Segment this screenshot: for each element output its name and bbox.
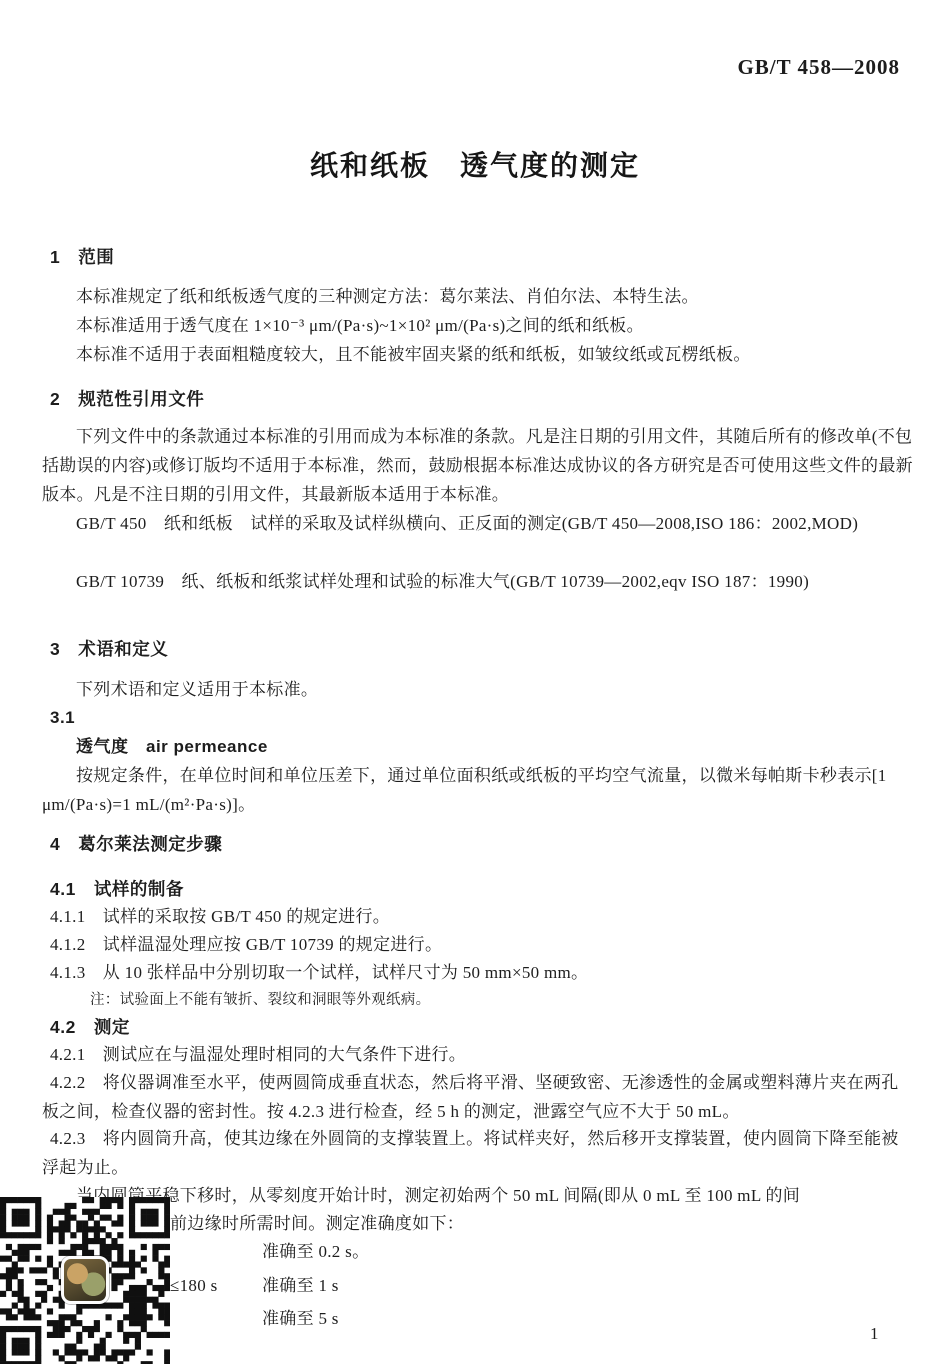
qr-code-icon — [0, 1197, 170, 1364]
clause-4-1-2: 4.1.2 试样温湿处理应按 GB/T 10739 的规定进行。 — [50, 930, 912, 959]
page-number: 1 — [870, 1324, 879, 1344]
clause-4-1-1: 4.1.1 试样的采取按 GB/T 450 的规定进行。 — [50, 902, 912, 931]
clause-4-1-heading: 4.1 试样的制备 — [50, 875, 184, 904]
terms-intro: 下列术语和定义适用于本标准。 — [42, 675, 914, 704]
clause-4-2-1: 4.2.1 测试应在与温湿处理时相同的大气条件下进行。 — [50, 1040, 912, 1069]
term-definition: 按规定条件，在单位时间和单位压差下，通过单位面积纸或纸板的平均空气流量，以微米每… — [42, 761, 914, 819]
scope-paragraph-2: 本标准适用于透气度在 1×10⁻³ μm/(Pa·s)~1×10² μm/(Pa… — [42, 311, 914, 340]
section-references-heading: 2 规范性引用文件 — [50, 385, 204, 414]
scope-paragraph-3: 本标准不适用于表面粗糙度较大，且不能被牢固夹紧的纸和纸板，如皱纹纸或瓦楞纸板。 — [42, 340, 914, 369]
accuracy-row-1-value: 准确至 0.2 s。 — [262, 1237, 369, 1266]
clause-4-2-heading: 4.2 测定 — [50, 1013, 130, 1042]
term-air-permeance: 透气度 air permeance — [76, 732, 268, 761]
accuracy-row-3-value: 准确至 5 s — [262, 1304, 339, 1333]
qr-center-avatar — [61, 1256, 109, 1304]
section-scope-heading: 1 范围 — [50, 243, 114, 272]
references-intro: 下列文件中的条款通过本标准的引用而成为本标准的条款。凡是注日期的引用文件，其随后… — [42, 422, 914, 509]
standard-code: GB/T 458—2008 — [737, 55, 900, 80]
terms-clause-number: 3.1 — [50, 703, 75, 732]
clause-4-1-3: 4.1.3 从 10 张样品中分别切取一个试样，试样尺寸为 50 mm×50 m… — [50, 958, 912, 987]
clause-4-2-2: 4.2.2 将仪器调准至水平，使两圆筒成垂直状态，然后将平滑、坚硬致密、无渗透性… — [42, 1068, 914, 1126]
continuation-line-2: 前边缘时所需时间。测定准确度如下： — [170, 1209, 910, 1238]
page-title: 纸和纸板 透气度的测定 — [0, 144, 950, 184]
accuracy-row-2-value: 准确至 1 s — [262, 1271, 339, 1300]
clause-4-2-3: 4.2.3 将内圆筒升高，使其边缘在外圆筒的支撑装置上。将试样夹好，然后移开支撑… — [42, 1124, 914, 1182]
section-gurley-heading: 4 葛尔莱法测定步骤 — [50, 830, 222, 859]
scope-paragraph-1: 本标准规定了纸和纸板透气度的三种测定方法：葛尔莱法、肖伯尔法、本特生法。 — [42, 282, 914, 311]
reference-gbt10739: GB/T 10739 纸、纸板和纸浆试样处理和试验的标准大气(GB/T 1073… — [42, 567, 914, 596]
clause-note: 注：试验面上不能有皱折、裂纹和洞眼等外观纸病。 — [90, 990, 890, 1010]
section-terms-heading: 3 术语和定义 — [50, 635, 168, 664]
continuation-line-1: 当内圆筒平稳下移时，从零刻度开始计时，测定初始两个 50 mL 间隔(即从 0 … — [42, 1181, 914, 1210]
document-page: GB/T 458—2008 纸和纸板 透气度的测定 1 范围 本标准规定了纸和纸… — [0, 0, 950, 1364]
reference-gbt450: GB/T 450 纸和纸板 试样的采取及试样纵横向、正反面的测定(GB/T 45… — [42, 509, 914, 538]
accuracy-row-2-label: ≤180 s — [170, 1271, 218, 1300]
